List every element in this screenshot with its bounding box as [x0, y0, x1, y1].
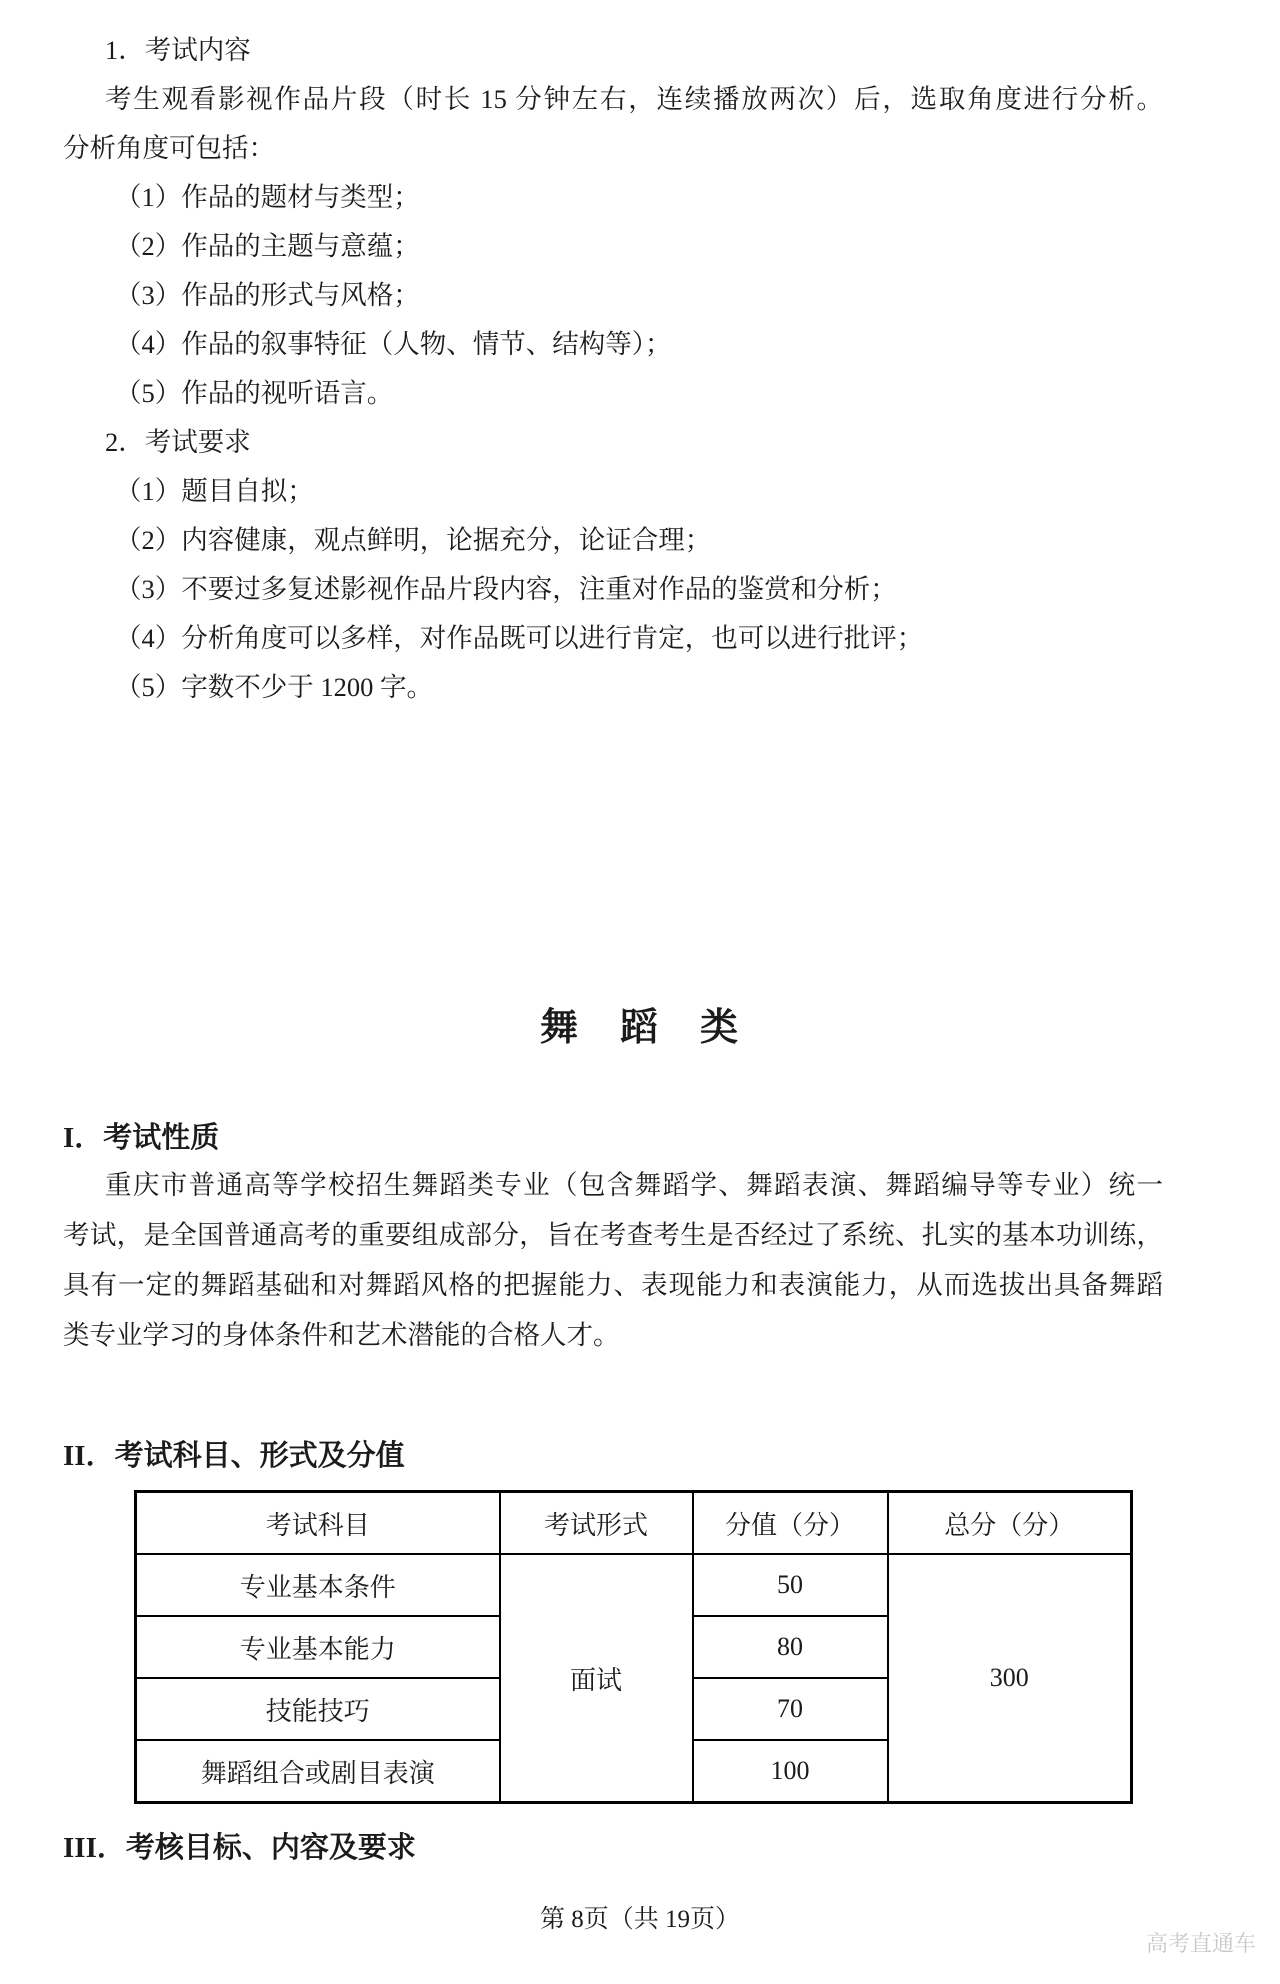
table-cell-subject: 专业基本条件 [136, 1554, 500, 1616]
table-cell-score: 50 [693, 1554, 888, 1616]
page-title-dance-category: 舞 蹈 类 [0, 998, 1280, 1058]
section-heading-exam-nature: I．考试性质 [63, 1112, 219, 1164]
table-cell-exam-form: 面试 [500, 1554, 693, 1803]
exam-nature-paragraph: 重庆市普通高等学校招生舞蹈类专业（包含舞蹈学、舞蹈表演、舞蹈编导等专业）统一 考… [63, 1160, 1163, 1360]
table-header-score: 分值（分） [693, 1492, 888, 1555]
list-item: （5）作品的视听语言。 [115, 369, 1163, 418]
paragraph-line: 具有一定的舞蹈基础和对舞蹈风格的把握能力、表现能力和表演能力，从而选拔出具备舞蹈 [63, 1260, 1163, 1310]
section-heading-assessment-goals: III．考核目标、内容及要求 [63, 1822, 416, 1874]
watermark-text: 高考直通车 [1146, 1928, 1256, 1960]
table-cell-total: 300 [888, 1554, 1132, 1803]
exam-content-section: 1．考试内容 考生观看影视作品片段（时长 15 分钟左右，连续播放两次）后，选取… [63, 26, 1163, 712]
table-header-total-score: 总分（分） [888, 1492, 1132, 1555]
numbered-heading-exam-content: 1．考试内容 [105, 26, 1163, 75]
list-item: （2）作品的主题与意蕴； [115, 222, 1163, 271]
list-item: （1）作品的题材与类型； [115, 173, 1163, 222]
paragraph-line: 考生观看影视作品片段（时长 15 分钟左右，连续播放两次）后，选取角度进行分析。 [105, 75, 1163, 124]
list-item: （4）作品的叙事特征（人物、情节、结构等）； [115, 320, 1163, 369]
list-item: （4）分析角度可以多样，对作品既可以进行肯定，也可以进行批评； [115, 614, 1163, 663]
table-cell-subject: 舞蹈组合或剧目表演 [136, 1740, 500, 1803]
paragraph-line: 考试，是全国普通高考的重要组成部分，旨在考查考生是否经过了系统、扎实的基本功训练… [63, 1210, 1163, 1260]
list-item: （3）不要过多复述影视作品片段内容，注重对作品的鉴赏和分析； [115, 565, 1163, 614]
page-number: 第 8页（共 19页） [0, 1896, 1280, 1944]
table-header-subject: 考试科目 [136, 1492, 500, 1555]
table-cell-subject: 专业基本能力 [136, 1616, 500, 1678]
list-item: （5）字数不少于 1200 字。 [115, 663, 1163, 712]
table-row: 专业基本条件 面试 50 300 [136, 1554, 1132, 1616]
list-item: （3）作品的形式与风格； [115, 271, 1163, 320]
table-header-form: 考试形式 [500, 1492, 693, 1555]
score-table: 考试科目 考试形式 分值（分） 总分（分） 专业基本条件 面试 50 300 专… [134, 1490, 1133, 1804]
list-item: （2）内容健康，观点鲜明，论据充分，论证合理； [115, 516, 1163, 565]
paragraph-line: 分析角度可包括： [63, 124, 1163, 173]
table-cell-subject: 技能技巧 [136, 1678, 500, 1740]
table-cell-score: 70 [693, 1678, 888, 1740]
table-header-row: 考试科目 考试形式 分值（分） 总分（分） [136, 1492, 1132, 1555]
document-page: 1．考试内容 考生观看影视作品片段（时长 15 分钟左右，连续播放两次）后，选取… [0, 0, 1280, 1984]
list-item: （1）题目自拟； [115, 467, 1163, 516]
paragraph-line: 重庆市普通高等学校招生舞蹈类专业（包含舞蹈学、舞蹈表演、舞蹈编导等专业）统一 [105, 1160, 1163, 1210]
section-heading-subjects-scores: II．考试科目、形式及分值 [63, 1430, 405, 1482]
table-cell-score: 100 [693, 1740, 888, 1803]
table-cell-score: 80 [693, 1616, 888, 1678]
numbered-heading-exam-requirements: 2．考试要求 [105, 418, 1163, 467]
paragraph-line: 类专业学习的身体条件和艺术潜能的合格人才。 [63, 1310, 1163, 1360]
